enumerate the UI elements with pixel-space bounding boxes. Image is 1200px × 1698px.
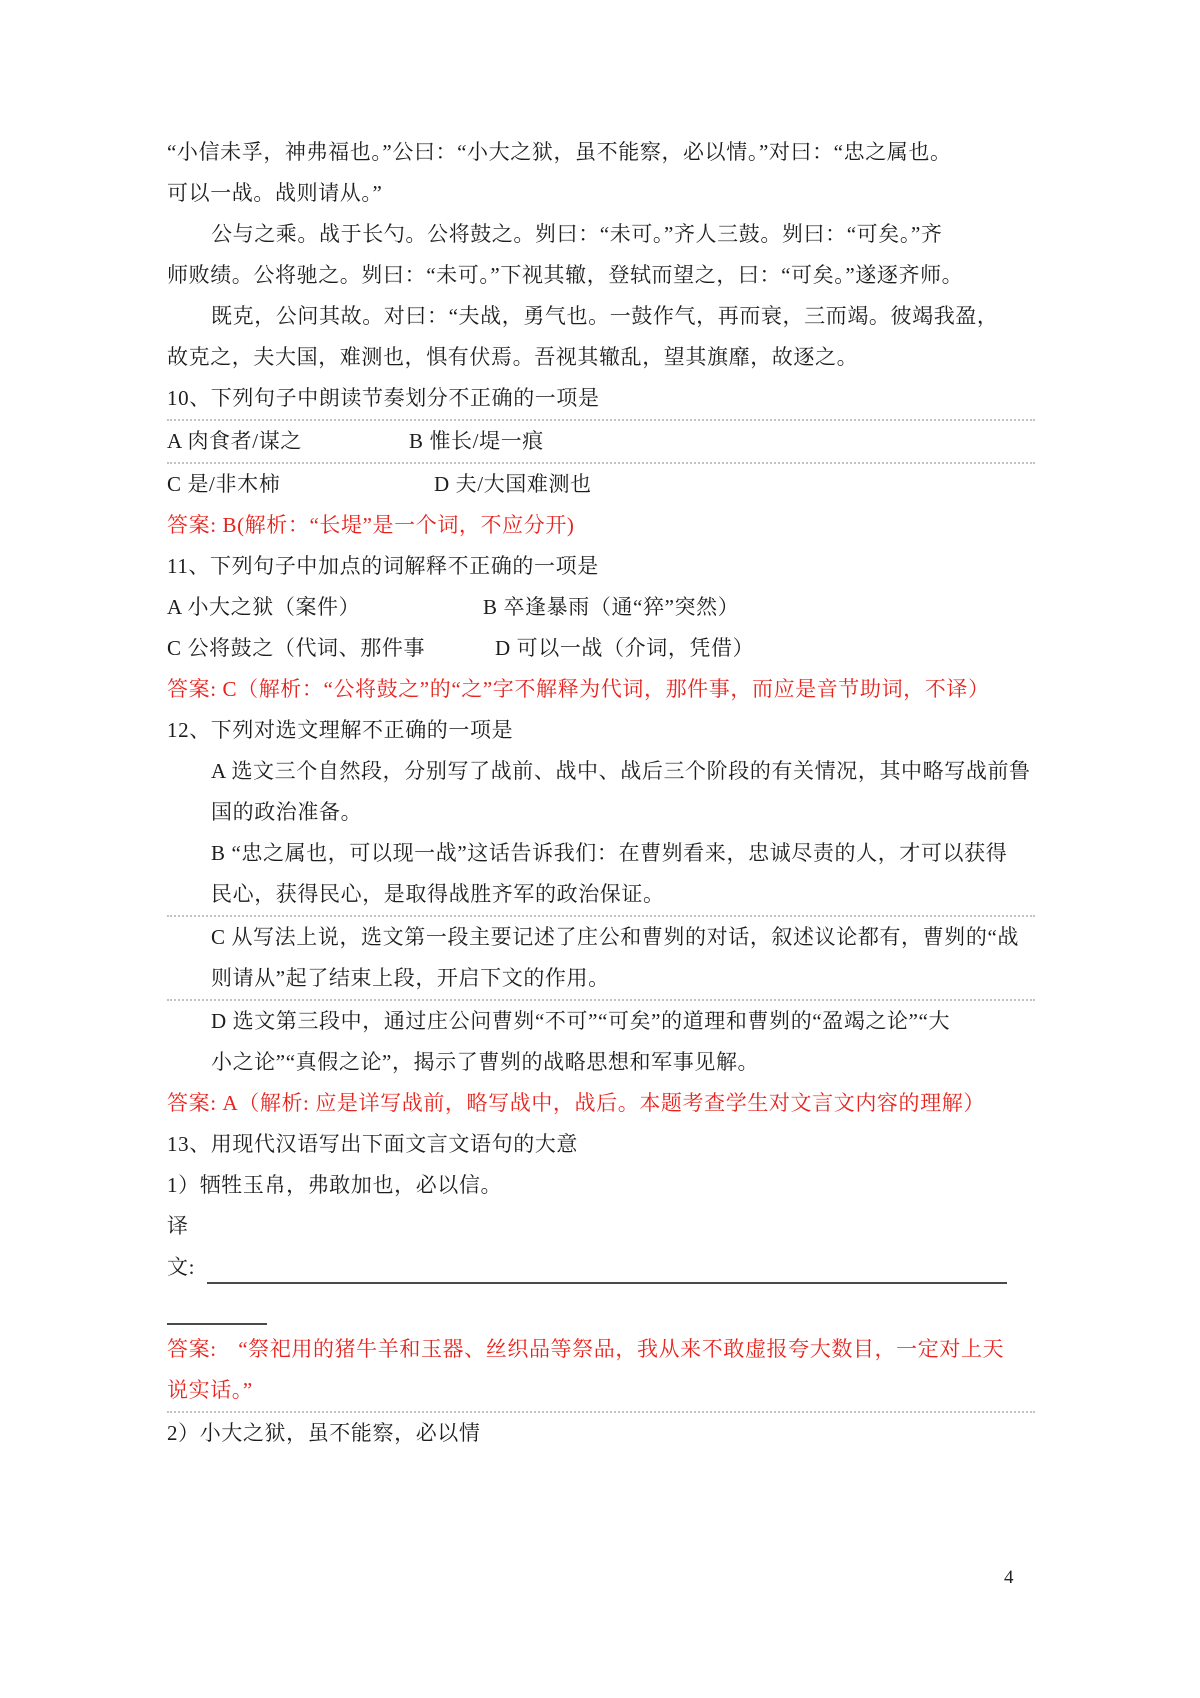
q10-option-b: B 惟长/堤一痕	[409, 421, 544, 462]
passage-line: “小信未孚，神弗福也。”公曰：“小大之狱，虽不能察，必以情。”对曰：“忠之属也。	[167, 132, 1035, 173]
q12-option-line: 小之论”“真假之论”，揭示了曹刿的战略思想和军事见解。	[167, 1042, 1035, 1083]
q10-option-d: D 夫/大国难测也	[434, 464, 592, 505]
q13-answer-line: 答案: “祭祀用的猪牛羊和玉器、丝织品等祭品，我从来不敢虚报夸大数目，一定对上天	[167, 1329, 1035, 1370]
q10-stem: 10、下列句子中朗读节奏划分不正确的一项是	[167, 378, 1035, 421]
q11-option-b: B 卒逢暴雨（通“猝”突然）	[483, 587, 739, 628]
q13-item1: 1）牺牲玉帛，弗敢加也，必以信。	[167, 1165, 1035, 1206]
q12-option-line: B “忠之属也，可以现一战”这话告诉我们：在曹刿看来，忠诚尽责的人，才可以获得	[167, 833, 1035, 874]
q13-translate-blank-row-2	[167, 1288, 1035, 1329]
passage-line: 故克之，夫大国，难测也，惧有伏焉。吾视其辙乱，望其旗靡，故逐之。	[167, 337, 1035, 378]
q11-option-c: C 公将鼓之（代词、那件事	[167, 628, 495, 669]
q12-answer: 答案: A（解析: 应是详写战前，略写战中，战后。本题考查学生对文言文内容的理解…	[167, 1083, 1035, 1124]
q12-option-line: 国的政治准备。	[167, 792, 1035, 833]
q10-option-c: C 是/非木柿	[167, 464, 434, 505]
document-content: “小信未孚，神弗福也。”公曰：“小大之狱，虽不能察，必以情。”对曰：“忠之属也。…	[167, 132, 1035, 1454]
q13-stem: 13、用现代汉语写出下面文言文语句的大意	[167, 1124, 1035, 1165]
q13-translate-label: 译	[167, 1206, 1035, 1247]
q12-option-line: C 从写法上说，选文第一段主要记述了庄公和曹刿的对话，叙述议论都有，曹刿的“战	[167, 917, 1035, 958]
q10-option-a: A 肉食者/谋之	[167, 421, 409, 462]
q12-option-line: A 选文三个自然段，分别写了战前、战中、战后三个阶段的有关情况，其中略写战前鲁	[167, 751, 1035, 792]
q10-options-cd: C 是/非木柿 D 夫/大国难测也	[167, 464, 1035, 505]
q12-option-line: 则请从”起了结束上段，开启下文的作用。	[167, 958, 1035, 1001]
passage-line: 可以一战。战则请从。”	[167, 173, 1035, 214]
q13-answer-line: 说实话。”	[167, 1370, 1035, 1413]
passage-line: 公与之乘。战于长勺。公将鼓之。刿曰：“未可。”齐人三鼓。刿曰：“可矣。”齐	[167, 214, 1035, 255]
q11-stem: 11、下列句子中加点的词解释不正确的一项是	[167, 546, 1035, 587]
q11-options-ab: A 小大之狱（案件） B 卒逢暴雨（通“猝”突然）	[167, 587, 1035, 628]
q13-translate-blank-row: 文:	[167, 1247, 1035, 1288]
passage-line: 既克，公问其故。对曰：“夫战，勇气也。一鼓作气，再而衰，三而竭。彼竭我盈，	[167, 296, 1035, 337]
document-page: “小信未孚，神弗福也。”公曰：“小大之狱，虽不能察，必以情。”对曰：“忠之属也。…	[0, 0, 1200, 1698]
translation-blank-long	[207, 1252, 1007, 1284]
q10-options-ab: A 肉食者/谋之 B 惟长/堤一痕	[167, 421, 1035, 464]
q12-option-line: 民心，获得民心，是取得战胜齐军的政治保证。	[167, 874, 1035, 917]
page-number: 4	[1004, 1566, 1014, 1590]
q12-option-line: D 选文第三段中，通过庄公问曹刿“不可”“可矣”的道理和曹刿的“盈竭之论”“大	[167, 1001, 1035, 1042]
q13-translate-label-2: 文:	[167, 1255, 195, 1279]
passage-line: 师败绩。公将驰之。刿曰：“未可。”下视其辙，登轼而望之，曰：“可矣。”遂逐齐师。	[167, 255, 1035, 296]
q13-item2: 2）小大之狱，虽不能察，必以情	[167, 1413, 1035, 1454]
q11-answer: 答案: C（解析：“公将鼓之”的“之”字不解释为代词，那件事，而应是音节助词，不…	[167, 669, 1035, 710]
q11-option-d: D 可以一战（介词，凭借）	[495, 628, 754, 669]
q11-option-a: A 小大之狱（案件）	[167, 587, 483, 628]
translation-blank-short	[167, 1293, 267, 1325]
q10-answer: 答案: B(解析：“长堤”是一个词，不应分开)	[167, 505, 1035, 546]
q11-options-cd: C 公将鼓之（代词、那件事 D 可以一战（介词，凭借）	[167, 628, 1035, 669]
q12-stem: 12、下列对选文理解不正确的一项是	[167, 710, 1035, 751]
